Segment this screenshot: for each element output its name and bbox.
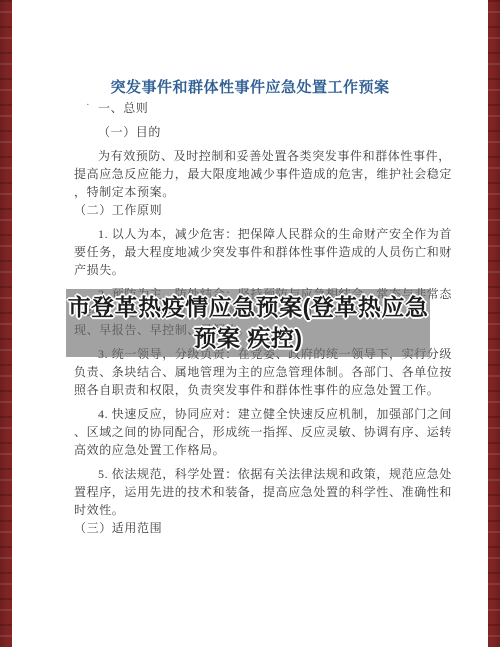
text-line: ，特制定本预案。 [74,183,430,201]
text-line: （三）适用范围 [74,519,430,537]
text-line: 要任务，最大程度地减少突发事件和群体性事件造成的人员伤亡和财 [74,243,430,261]
text-line: （二）工作原则 [74,201,430,219]
text-line: 高效的应急处置工作格局。 [74,441,430,459]
text-line: 时效性。 [74,501,430,519]
text-line: 一、总则 [74,99,430,117]
text-line: 照各自职责和权限，负责突发事件和群体性事件的应急处置工作。 [74,381,430,399]
text-line: 置程序，运用先进的技术和装备，提高应急处置的科学性、准确性和 [74,483,430,501]
paragraph: 为有效预防、及时控制和妥善处置各类突发事件和群体性事件，提高应急反应能力，最大限… [74,147,430,201]
paragraph: 5. 依法规范，科学处置：依据有关法律法规和政策，规范应急处置程序，运用先进的技… [74,465,430,519]
watermark-line-1: 市登革热疫情应急预案(登革热应急 [68,292,429,323]
text-line: 5. 依法规范，科学处置：依据有关法律法规和政策，规范应急处 [74,465,430,483]
text-line: 提高应急反应能力，最大限度地减少事件造成的危害，维护社会稳定 [74,165,430,183]
heading-2: （二）工作原则 [74,201,430,219]
text-line: 为有效预防、及时控制和妥善处置各类突发事件和群体性事件， [74,147,430,165]
document-page: 突发事件和群体性事件应急处置工作预案 · 一、总则（一）目的为有效预防、及时控制… [0,0,500,647]
watermark-band: 市登革热疫情应急预案(登革热应急 预案 疾控) [66,289,430,357]
text-line: 、区域之间的协同配合，形成统一指挥、反应灵敏、协调有序、运转 [74,423,430,441]
text-line: （一）目的 [74,123,430,141]
heading-2: （三）适用范围 [74,519,430,537]
document-title: 突发事件和群体性事件应急处置工作预案 [0,78,500,98]
heading-1: 一、总则 [74,99,430,117]
text-line: 负责、条块结合、属地管理为主的应急管理体制。各部门、各单位按 [74,363,430,381]
text-line: 1. 以人为本，减少危害：把保障人民群众的生命财产安全作为首 [74,225,430,243]
paragraph: 1. 以人为本，减少危害：把保障人民群众的生命财产安全作为首要任务，最大程度地减… [74,225,430,279]
text-line: 产损失。 [74,261,430,279]
heading-2: （一）目的 [74,123,430,141]
paragraph: 4. 快速反应，协同应对：建立健全快速反应机制，加强部门之间、区域之间的协同配合… [74,405,430,459]
text-line: 4. 快速反应，协同应对：建立健全快速反应机制，加强部门之间 [74,405,430,423]
watermark-line-2: 预案 疾控) [193,323,302,354]
